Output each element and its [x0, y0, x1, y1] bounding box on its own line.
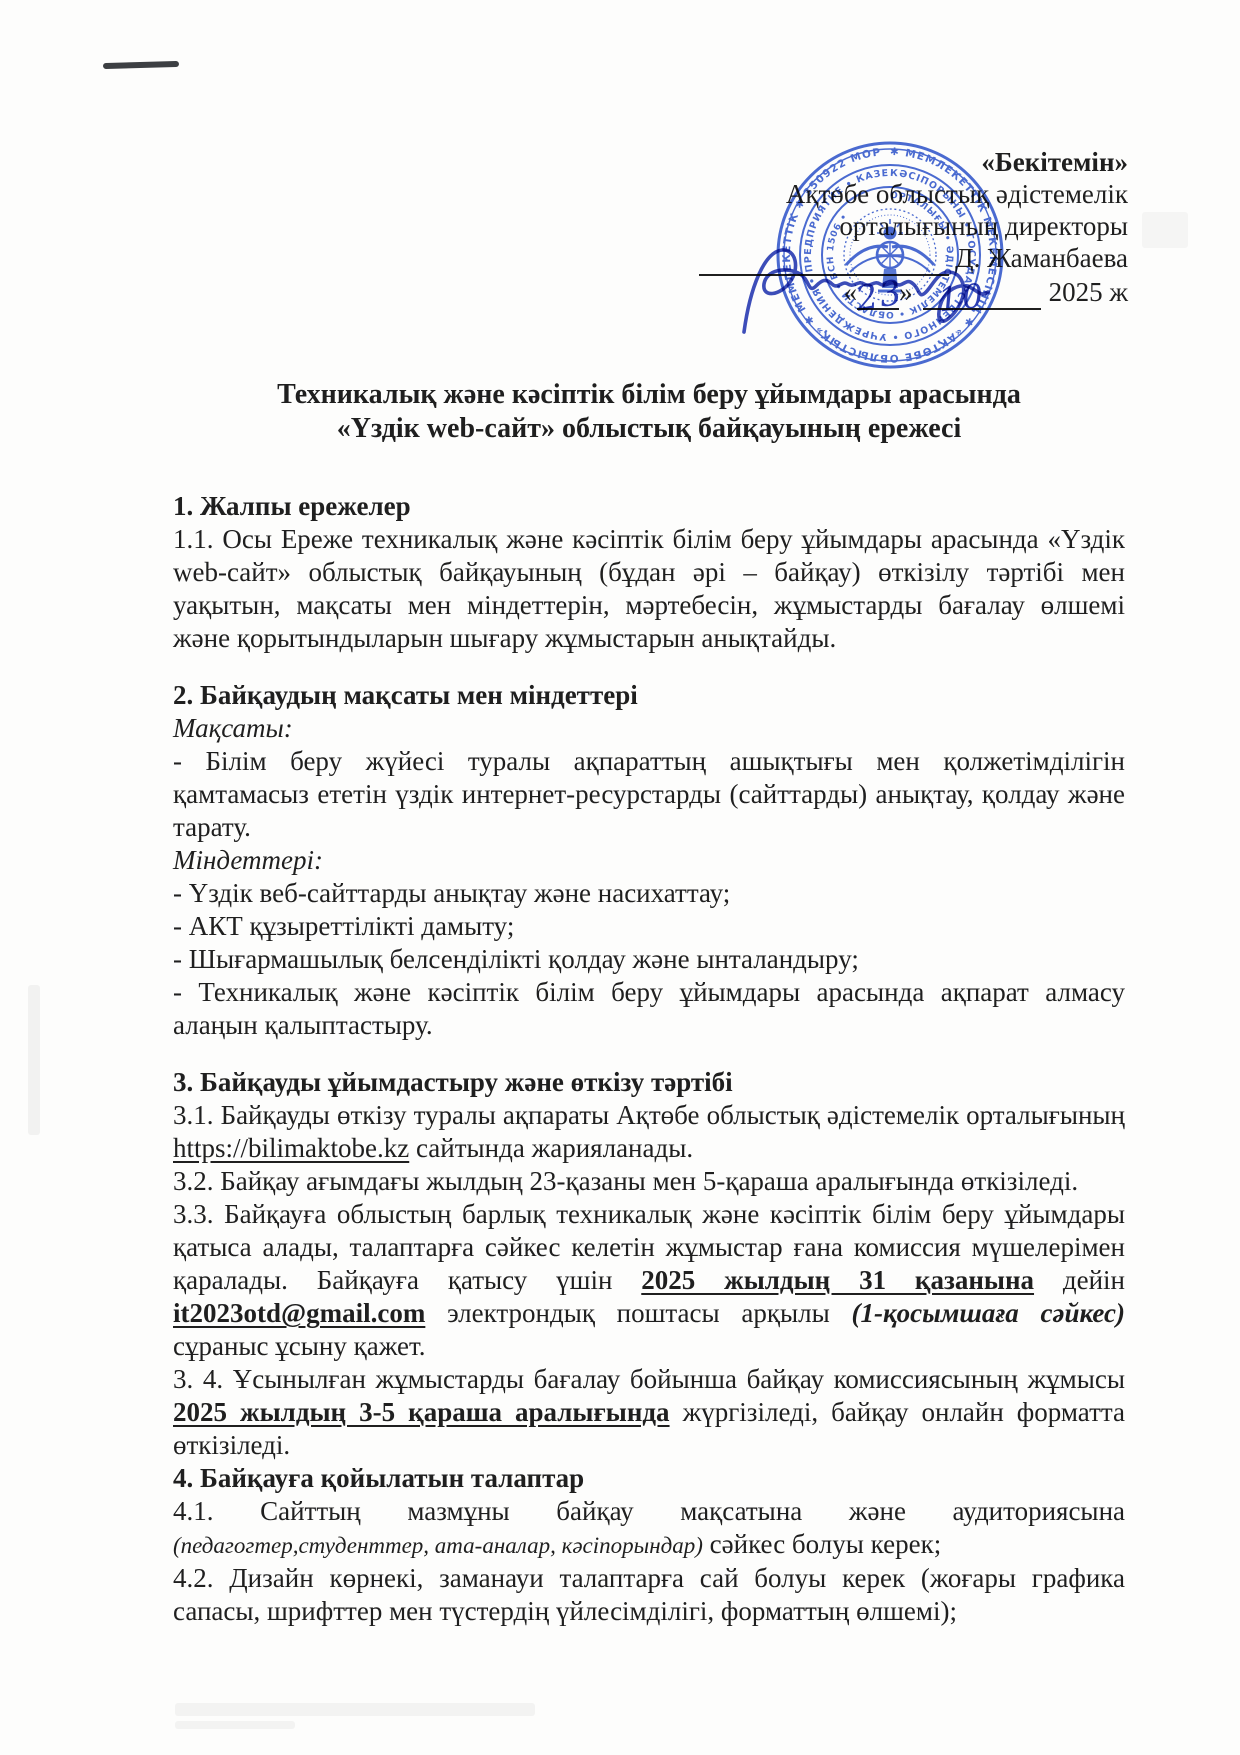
paragraph-3-4: 3. 4. Ұсынылған жұмыстарды бағалау бойын…	[173, 1363, 1125, 1462]
task-item-3: - Шығармашылық белсенділікті қолдау және…	[173, 943, 1125, 976]
paragraph-4-1-text: 4.1. Сайттың мазмұны байқау мақсатына жә…	[173, 1496, 1125, 1526]
paragraph-3-3-tail: сұраныс ұсыну қажет.	[173, 1331, 426, 1361]
document-title: Техникалық және кәсіптік білім беру ұйым…	[173, 378, 1125, 446]
tasks-label: Міндеттері:	[173, 844, 1125, 877]
document-body: Техникалық және кәсіптік білім беру ұйым…	[173, 378, 1125, 1628]
task-item-4: - Техникалық және кәсіптік білім беру ұй…	[173, 976, 1125, 1042]
handwritten-day: 23	[853, 272, 906, 320]
paragraph-3-1-tail: сайтында жарияланады.	[409, 1133, 693, 1163]
paragraph-1-1: 1.1. Осы Ереже техникалық және кәсіптік …	[173, 523, 1125, 655]
goal-label: Мақсаты:	[173, 712, 1125, 745]
paragraph-3-4-text: 3. 4. Ұсынылған жұмыстарды бағалау бойын…	[173, 1364, 1125, 1394]
site-url-link[interactable]: https://bilimaktobe.kz	[173, 1133, 409, 1163]
handwritten-month: 10	[936, 276, 988, 320]
section-4-heading: 4. Байқауға қойылатын талаптар	[173, 1462, 1125, 1495]
paragraph-4-1-tail: сәйкес болуы керек;	[703, 1529, 941, 1559]
title-line2: «Үздік web-сайт» облыстық байқауының ере…	[337, 413, 961, 444]
title-line1: Техникалық және кәсіптік білім беру ұйым…	[277, 379, 1021, 410]
task-item-2: - АКТ құзыреттілікті дамыту;	[173, 910, 1125, 943]
deadline-date-text: 2025 жылдың 31 қазанына	[641, 1265, 1034, 1295]
goal-item: - Білім беру жүйесі туралы ақпараттың аш…	[173, 745, 1125, 844]
paragraph-4-2: 4.2. Дизайн көрнекі, заманауи талаптарға…	[173, 1562, 1125, 1628]
paragraph-3-3: 3.3. Байқауға облыстың барлық техникалық…	[173, 1198, 1125, 1363]
task-item-1: - Үздік веб-сайттарды анықтау және насих…	[173, 877, 1125, 910]
date-year: 2025 ж	[1049, 277, 1128, 307]
scan-smudge	[28, 985, 40, 1135]
scanned-document-page: «Бекітемін» Ақтөбе облыстық әдістемелік …	[0, 0, 1240, 1755]
paragraph-3-1: 3.1. Байқауды өткізу туралы ақпараты Ақт…	[173, 1099, 1125, 1165]
section-2-heading: 2. Байқаудың мақсаты мен міндеттері	[173, 679, 1125, 712]
paragraph-3-3-mid2: электрондық поштасы арқылы	[425, 1298, 851, 1328]
annex-reference-text: (1-қосымшаға сәйкес)	[851, 1298, 1125, 1328]
paragraph-3-2: 3.2. Байқау ағымдағы жылдың 23-қазаны ме…	[173, 1165, 1125, 1198]
section-3-heading: 3. Байқауды ұйымдастыру және өткізу тәрт…	[173, 1066, 1125, 1099]
scan-smudge	[175, 1703, 535, 1716]
scan-smudge	[175, 1721, 295, 1729]
scan-artifact-dash	[103, 61, 179, 69]
paragraph-4-1: 4.1. Сайттың мазмұны байқау мақсатына жә…	[173, 1495, 1125, 1562]
paragraph-3-1-text: 3.1. Байқауды өткізу туралы ақпараты Ақт…	[173, 1100, 1125, 1130]
audience-list-text: (педагогтер,студенттер, ата-аналар, кәсі…	[173, 1533, 703, 1558]
section-1-heading: 1. Жалпы ережелер	[173, 490, 1125, 523]
scan-smudge	[1142, 212, 1188, 248]
commission-dates-text: 2025 жылдың 3-5 қараша аралығында	[173, 1397, 670, 1427]
email-link[interactable]: it2023otd@gmail.com	[173, 1298, 425, 1328]
paragraph-3-3-mid: дейін	[1034, 1265, 1125, 1295]
